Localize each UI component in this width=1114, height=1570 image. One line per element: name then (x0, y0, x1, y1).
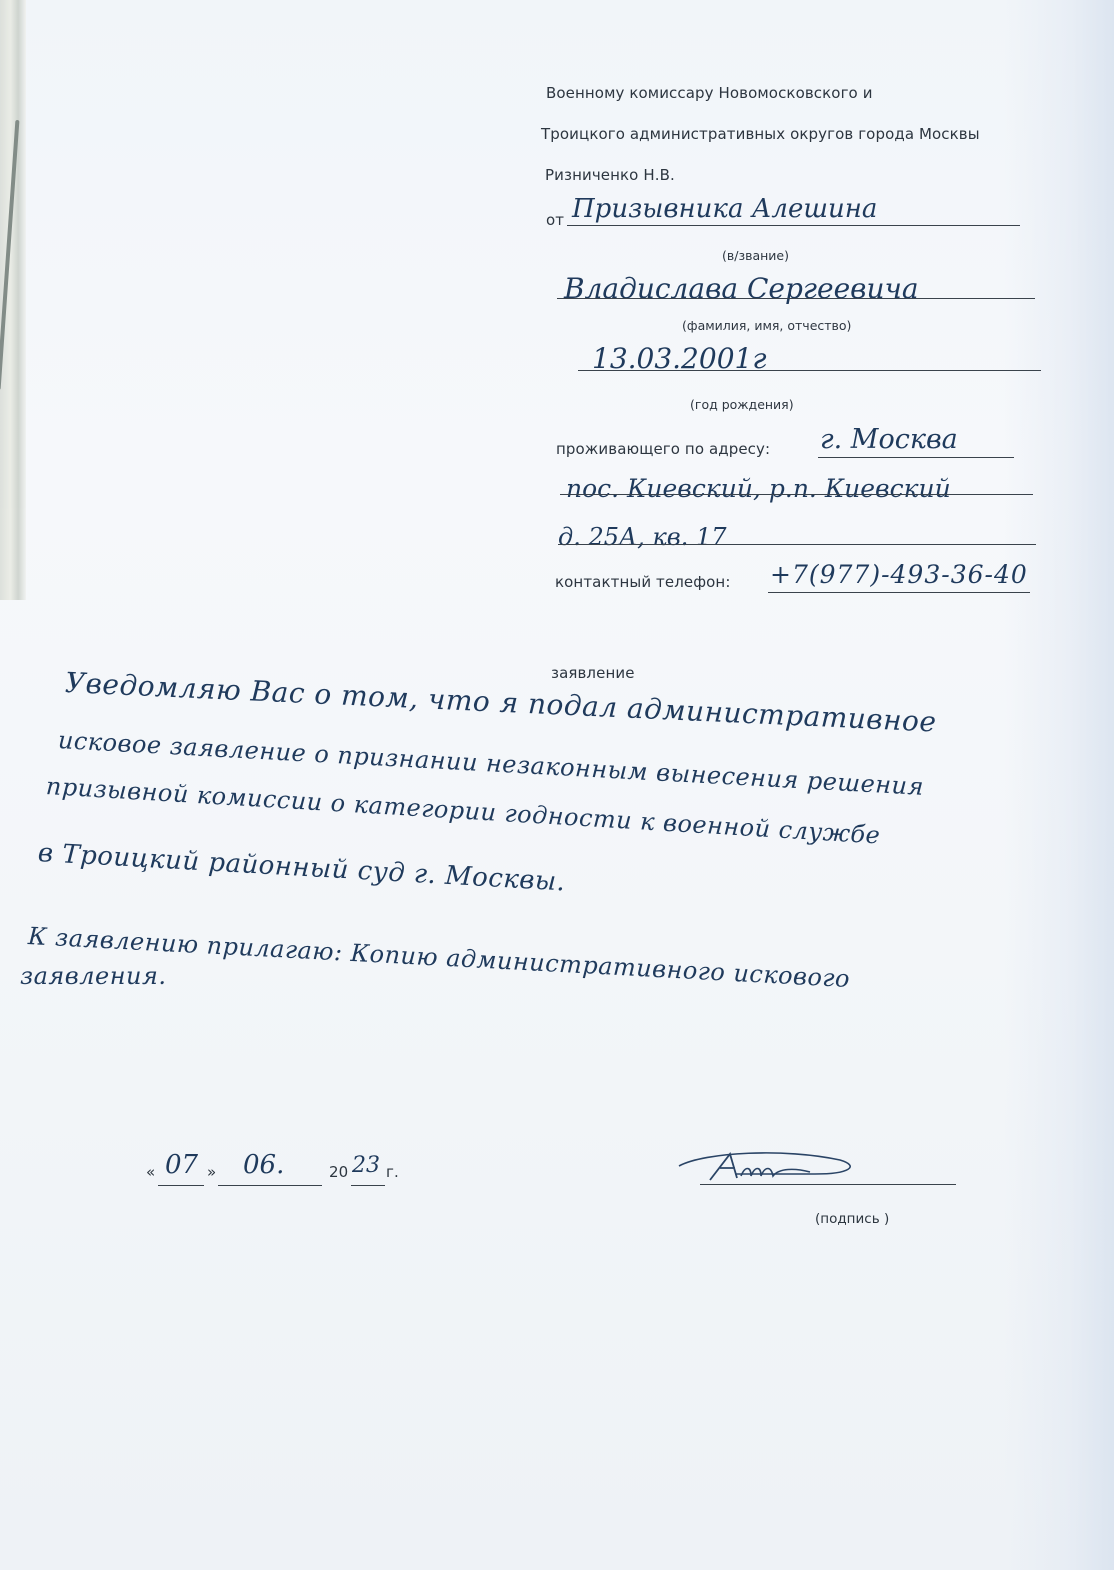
date-year-prefix: 20 (329, 1163, 348, 1181)
date-day-underline (158, 1185, 204, 1186)
body-line-4: в Троицкий районный суд г. Москвы. (37, 838, 566, 897)
full-name-value: Владислава Сергеевича (564, 272, 919, 305)
addressee-line-1: Военному комиссару Новомосковского и (546, 84, 873, 102)
address-line-2-underline (560, 494, 1033, 495)
plastic-sleeve-glare (1004, 0, 1114, 1570)
address-line-2-value: пос. Киевский, р.п. Киевский (566, 474, 951, 503)
date-month: 06. (243, 1150, 284, 1180)
binder-edge (0, 0, 26, 600)
phone-label: контактный телефон: (555, 573, 730, 591)
date-year-underline (351, 1185, 385, 1186)
address-line-3-value: д. 25А, кв. 17 (558, 523, 727, 551)
address-line-3-underline (558, 544, 1036, 545)
phone-underline (768, 592, 1030, 593)
full-name-underline (557, 298, 1035, 299)
signature-caption: (подпись ) (815, 1211, 889, 1227)
rank-caption: (в/звание) (722, 248, 789, 263)
date-close-quote: » (207, 1163, 216, 1181)
phone-value: +7(977)-493-36-40 (770, 560, 1028, 589)
signature-underline (700, 1184, 956, 1185)
address-line-1-value: г. Москва (820, 424, 958, 455)
address-label: проживающего по адресу: (556, 440, 770, 458)
from-prefix: от (546, 211, 564, 229)
date-year-suffix: 23 (352, 1153, 380, 1178)
birth-date-underline (578, 370, 1041, 371)
date-year-unit: г. (386, 1163, 399, 1181)
addressee-line-3: Ризниченко Н.В. (545, 166, 675, 184)
addressee-line-2: Троицкого административных округов город… (541, 125, 980, 143)
body-line-6: заявления. (20, 962, 167, 990)
document-title: заявление (551, 664, 635, 682)
rank-underline (567, 225, 1020, 226)
body-line-1: Уведомляю Вас о том, что я подал админис… (64, 666, 937, 739)
full-name-caption: (фамилия, имя, отчество) (682, 318, 851, 333)
signature-scribble (675, 1146, 865, 1186)
birth-date-caption: (год рождения) (690, 397, 794, 412)
date-open-quote: « (146, 1163, 155, 1181)
date-month-underline (218, 1185, 322, 1186)
address-line-1-underline (818, 457, 1014, 458)
rank-value: Призывника Алешина (572, 194, 877, 224)
date-day: 07 (165, 1150, 198, 1180)
